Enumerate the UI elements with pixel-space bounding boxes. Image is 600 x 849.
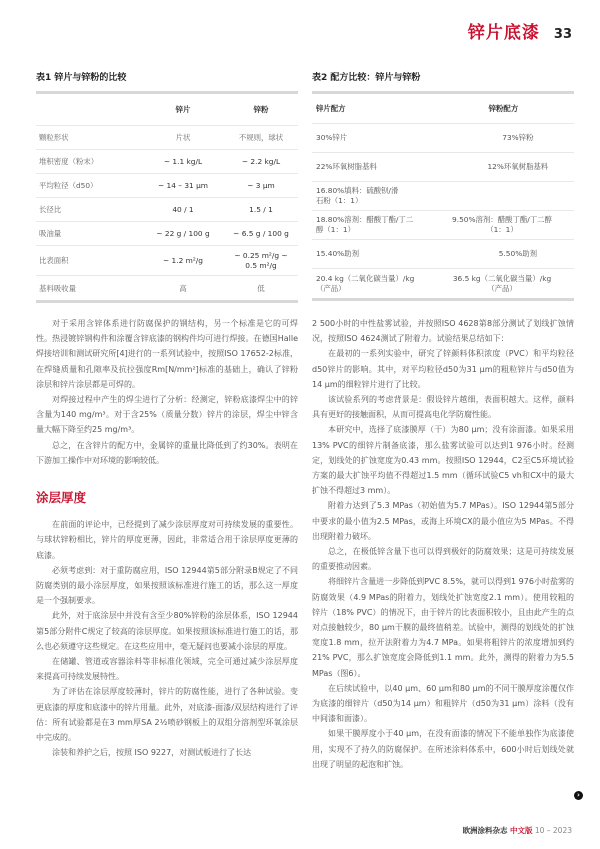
table-header-cell: 锌粉配方: [461, 104, 574, 114]
table-cell: 长径比: [36, 204, 138, 215]
table-cell: 16.80%填料：硫酸钡/滑石粉（1：1）: [312, 186, 402, 206]
table-row: 颗粒形状 片状 不规则，球状: [36, 126, 298, 150]
paragraph: 该试验系列的考虑背景是：假设锌片越细，表面积越大。这样，颜料具有更好的接触面积，…: [312, 392, 574, 422]
table-cell: 40 / 1: [138, 205, 228, 214]
table-cell: ~ 14 – 31 μm: [138, 181, 228, 190]
magazine-name: 欧洲涂料杂志: [463, 826, 508, 835]
table-cell: 30%锌片: [312, 133, 462, 143]
table2: 锌片配方 锌粉配方 30%锌片 73%锌粉 22%环氧树脂基料 12%环氧树脂基…: [312, 91, 574, 301]
section-title: 锌片底漆: [468, 18, 540, 43]
paragraph: 2 500小时的中性盐雾试验，并按照ISO 4628第8部分测试了划线扩蚀情况，…: [312, 316, 574, 346]
table-row: 18.80%溶剂：醋酸丁酯/丁二醇（1：1） 9.50%溶剂：醋酸丁酯/丁二醇（…: [312, 211, 574, 240]
page-header: 锌片底漆 33: [468, 18, 572, 43]
table-cell: ~ 1.1 kg/L: [138, 157, 228, 166]
table-header-row: 锌片 锌粉: [36, 94, 298, 126]
table-cell: 不规则，球状: [228, 132, 294, 143]
table-cell: 基料吸收量: [36, 283, 138, 294]
page-number: 33: [554, 27, 572, 42]
paragraph: 如果干膜厚度小于40 μm，在没有面漆的情况下不能单独作为底漆使用，实现不了持久…: [312, 726, 574, 772]
paragraph: 本研究中，选择了底漆膜厚（干）为80 μm；没有涂面漆。如果采用13% PVC的…: [312, 422, 574, 498]
table-row: 15.40%助剂 5.50%助剂: [312, 240, 574, 269]
table-header-cell: 锌片: [138, 104, 228, 115]
arrow-right-circle-icon[interactable]: ›: [574, 791, 583, 800]
table-row: 22%环氧树脂基料 12%环氧树脂基料: [312, 153, 574, 182]
table1-caption: 表1 锌片与锌粉的比较: [36, 70, 126, 83]
table-cell: 18.80%溶剂：醋酸丁酯/丁二醇（1：1）: [312, 215, 417, 235]
table-cell: 片状: [138, 132, 228, 143]
paragraph: 在储罐、管道或容器涂料等非标准化领域，完全可通过减少涂层厚度来提高可持续发展特性…: [36, 654, 298, 684]
table2-caption: 表2 配方比较：锌片与锌粉: [312, 70, 420, 83]
section-heading: 涂层厚度: [36, 490, 298, 505]
table-cell: 15.40%助剂: [312, 249, 462, 259]
paragraph: 将细锌片含量进一步降低到PVC 8.5%，就可以得到1 976小时盐雾的防腐效果…: [312, 574, 574, 680]
table-row: 吸油量 ~ 22 g / 100 g ~ 6.5 g / 100 g: [36, 222, 298, 246]
table-cell: 比表面积: [36, 255, 138, 266]
table-cell: ~ 6.5 g / 100 g: [228, 229, 294, 238]
table-cell: ~ 2.2 kg/L: [228, 157, 294, 166]
table-cell: 平均粒径（d50）: [36, 180, 138, 191]
paragraph: 对于采用含锌体系进行防腐保护的钢结构，另一个标准是它的可焊性。热浸镀锌钢构件和涂…: [36, 316, 298, 392]
table1: 锌片 锌粉 颗粒形状 片状 不规则，球状 堆积密度（粉末） ~ 1.1 kg/L…: [36, 91, 298, 303]
table-row: 16.80%填料：硫酸钡/滑石粉（1：1）: [312, 182, 574, 211]
table-row: 30%锌片 73%锌粉: [312, 124, 574, 153]
edition-label: 中文版: [510, 826, 533, 835]
right-column: 2 500小时的中性盐雾试验，并按照ISO 4628第8部分测试了划线扩蚀情况，…: [312, 316, 574, 772]
table-row: 比表面积 ~ 1.2 m²/g ~ 0.25 m²/g ~ 0.5 m²/g: [36, 246, 298, 276]
paragraph: 总之，在含锌片的配方中，金属锌的重量比降低到了约30%。表明在下游加工操作中对环…: [36, 438, 298, 468]
table-cell: 低: [228, 283, 294, 294]
paragraph: 必须考虑到：对于重防腐应用，ISO 12944第5部分附录B规定了不同防腐类别的…: [36, 563, 298, 609]
table-header-cell: 锌片配方: [312, 104, 461, 114]
left-column: 对于采用含锌体系进行防腐保护的钢结构，另一个标准是它的可焊性。热浸镀锌钢构件和涂…: [36, 316, 298, 760]
table-cell: 吸油量: [36, 228, 138, 239]
table-cell: 1.5 / 1: [228, 205, 294, 214]
table-cell: ~ 22 g / 100 g: [138, 229, 228, 238]
table-cell: 20.4 kg（二氧化碳当量）/kg（产品）: [312, 274, 422, 294]
table-row: 基料吸收量 高 低: [36, 276, 298, 300]
paragraph: 此外，对于底涂层中并没有含至少80%锌粉的涂层体系，ISO 12944第5部分附…: [36, 608, 298, 654]
table-cell: 堆积密度（粉末）: [36, 156, 138, 167]
table-header-cell: 锌粉: [228, 104, 294, 115]
table-row: 长径比 40 / 1 1.5 / 1: [36, 198, 298, 222]
table-cell: 9.50%溶剂：醋酸丁酯/丁二醇（1：1）: [447, 215, 557, 235]
table-row: 平均粒径（d50） ~ 14 – 31 μm ~ 3 μm: [36, 174, 298, 198]
paragraph: 在最初的一系列实验中，研究了锌颜料体积浓度（PVC）和平均粒径d50锌片的影响。…: [312, 346, 574, 392]
table-cell: 73%锌粉: [462, 133, 574, 143]
table-cell: ~ 3 μm: [228, 181, 294, 190]
table-cell: 高: [138, 283, 228, 294]
issue-label: 10 – 2023: [535, 826, 572, 835]
table-row: 20.4 kg（二氧化碳当量）/kg（产品） 36.5 kg（二氧化碳当量）/k…: [312, 269, 574, 298]
table-row: 堆积密度（粉末） ~ 1.1 kg/L ~ 2.2 kg/L: [36, 150, 298, 174]
table-cell: 颗粒形状: [36, 132, 138, 143]
paragraph: 在前面的评论中，已经提到了减少涂层厚度对可持续发展的重要性。与球状锌粉相比，锌片…: [36, 517, 298, 563]
page-footer: 欧洲涂料杂志 中文版 10 – 2023: [463, 825, 572, 836]
table-cell: 5.50%助剂: [462, 249, 574, 259]
paragraph: 对焊接过程中产生的焊尘进行了分析：经测定，锌粉底漆焊尘中的锌含量为140 mg/…: [36, 392, 298, 438]
table-cell: 12%环氧树脂基料: [462, 162, 574, 172]
paragraph: 为了评估在涂层厚度较薄时，锌片的防腐性能，进行了各种试验。变更底漆的厚度和底漆中…: [36, 684, 298, 745]
table-cell: ~ 1.2 m²/g: [138, 256, 228, 265]
paragraph: 总之，在极低锌含量下也可以得到极好的防腐效果；这是可持续发展的重要推动因素。: [312, 544, 574, 574]
table-cell: ~ 0.25 m²/g ~ 0.5 m²/g: [228, 251, 294, 271]
paragraph: 在后续试验中，以40 μm、60 μm和80 μm的不同干膜厚度涂覆仅作为底漆的…: [312, 681, 574, 727]
paragraph: 附着力达到了5.3 MPas（初始值为5.7 MPas）。ISO 12944第5…: [312, 498, 574, 544]
paragraph: 涂装和养护之后，按照 ISO 9227，对测试板进行了长达: [36, 745, 298, 760]
table-cell: 22%环氧树脂基料: [312, 162, 462, 172]
table-cell: 36.5 kg（二氧化碳当量）/kg（产品）: [447, 274, 557, 294]
table-header-row: 锌片配方 锌粉配方: [312, 94, 574, 124]
